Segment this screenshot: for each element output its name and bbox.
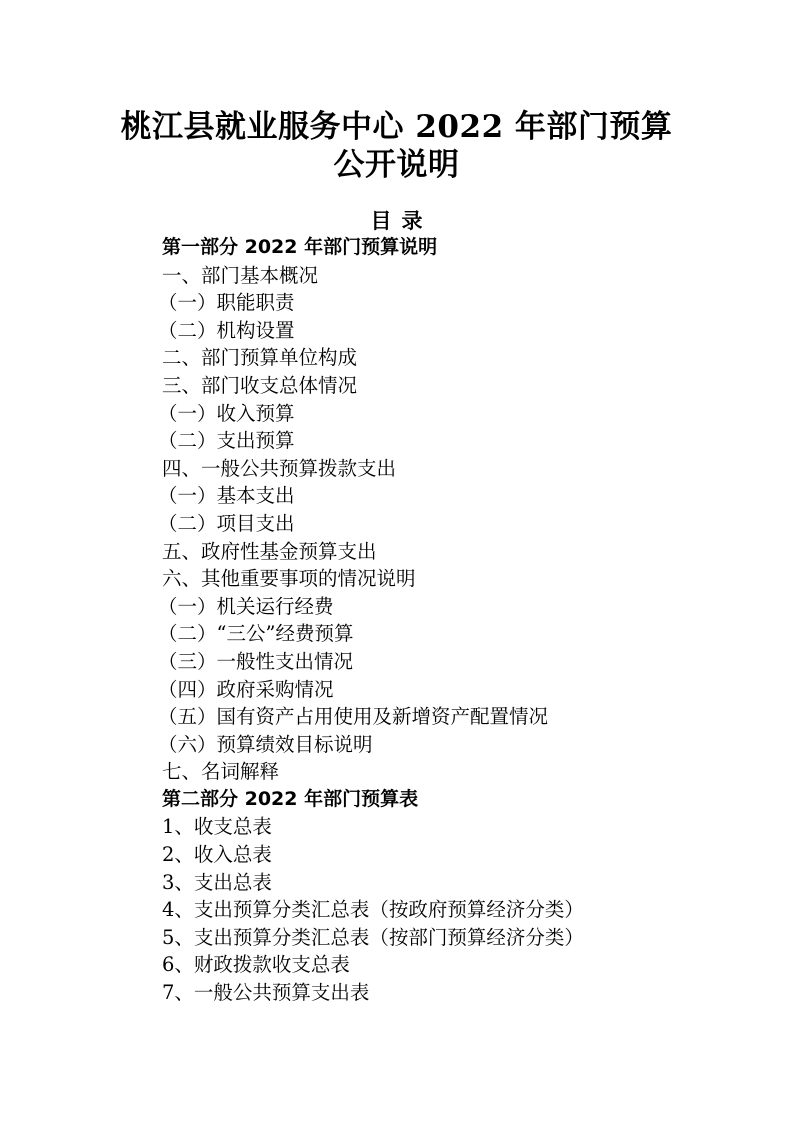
toc-heading: 目录 xyxy=(0,205,793,235)
toc-item: 7、一般公共预算支出表 xyxy=(162,979,584,1007)
toc-item: （二）项目支出 xyxy=(158,510,584,538)
toc-item: （三）一般性支出情况 xyxy=(158,648,584,676)
toc-item: （二）支出预算 xyxy=(158,427,584,455)
toc-item: （一）基本支出 xyxy=(158,482,584,510)
toc-item: 3、支出总表 xyxy=(162,869,584,897)
toc-item: 4、支出预算分类汇总表（按政府预算经济分类） xyxy=(162,896,584,924)
toc-part-1: 第一部分 2022 年部门预算说明 xyxy=(162,234,584,262)
toc-item: 5、支出预算分类汇总表（按部门预算经济分类） xyxy=(162,924,584,952)
toc-item: （一）职能职责 xyxy=(158,289,584,317)
toc-item: 四、一般公共预算拨款支出 xyxy=(162,455,584,483)
toc-item: （五）国有资产占用使用及新增资产配置情况 xyxy=(158,703,584,731)
toc-item: （六）预算绩效目标说明 xyxy=(158,731,584,759)
toc-item: 一、部门基本概况 xyxy=(162,262,584,290)
toc-item: （二）“三公”经费预算 xyxy=(158,620,584,648)
toc-item: 五、政府性基金预算支出 xyxy=(162,538,584,566)
toc-item: （二）机构设置 xyxy=(158,317,584,345)
toc-item: 1、收支总表 xyxy=(162,813,584,841)
toc-part-2: 第二部分 2022 年部门预算表 xyxy=(162,786,584,814)
toc-item: 6、财政拨款收支总表 xyxy=(162,951,584,979)
document-title-line-2: 公开说明 xyxy=(0,139,793,184)
toc-item: 六、其他重要事项的情况说明 xyxy=(162,565,584,593)
toc-item: 三、部门收支总体情况 xyxy=(162,372,584,400)
toc-item: （四）政府采购情况 xyxy=(158,676,584,704)
table-of-contents: 第一部分 2022 年部门预算说明 一、部门基本概况 （一）职能职责 （二）机构… xyxy=(162,234,584,1007)
toc-item: 2、收入总表 xyxy=(162,841,584,869)
toc-item: 七、名词解释 xyxy=(162,758,584,786)
toc-item: 二、部门预算单位构成 xyxy=(162,344,584,372)
toc-item: （一）收入预算 xyxy=(158,400,584,428)
toc-item: （一）机关运行经费 xyxy=(158,593,584,621)
